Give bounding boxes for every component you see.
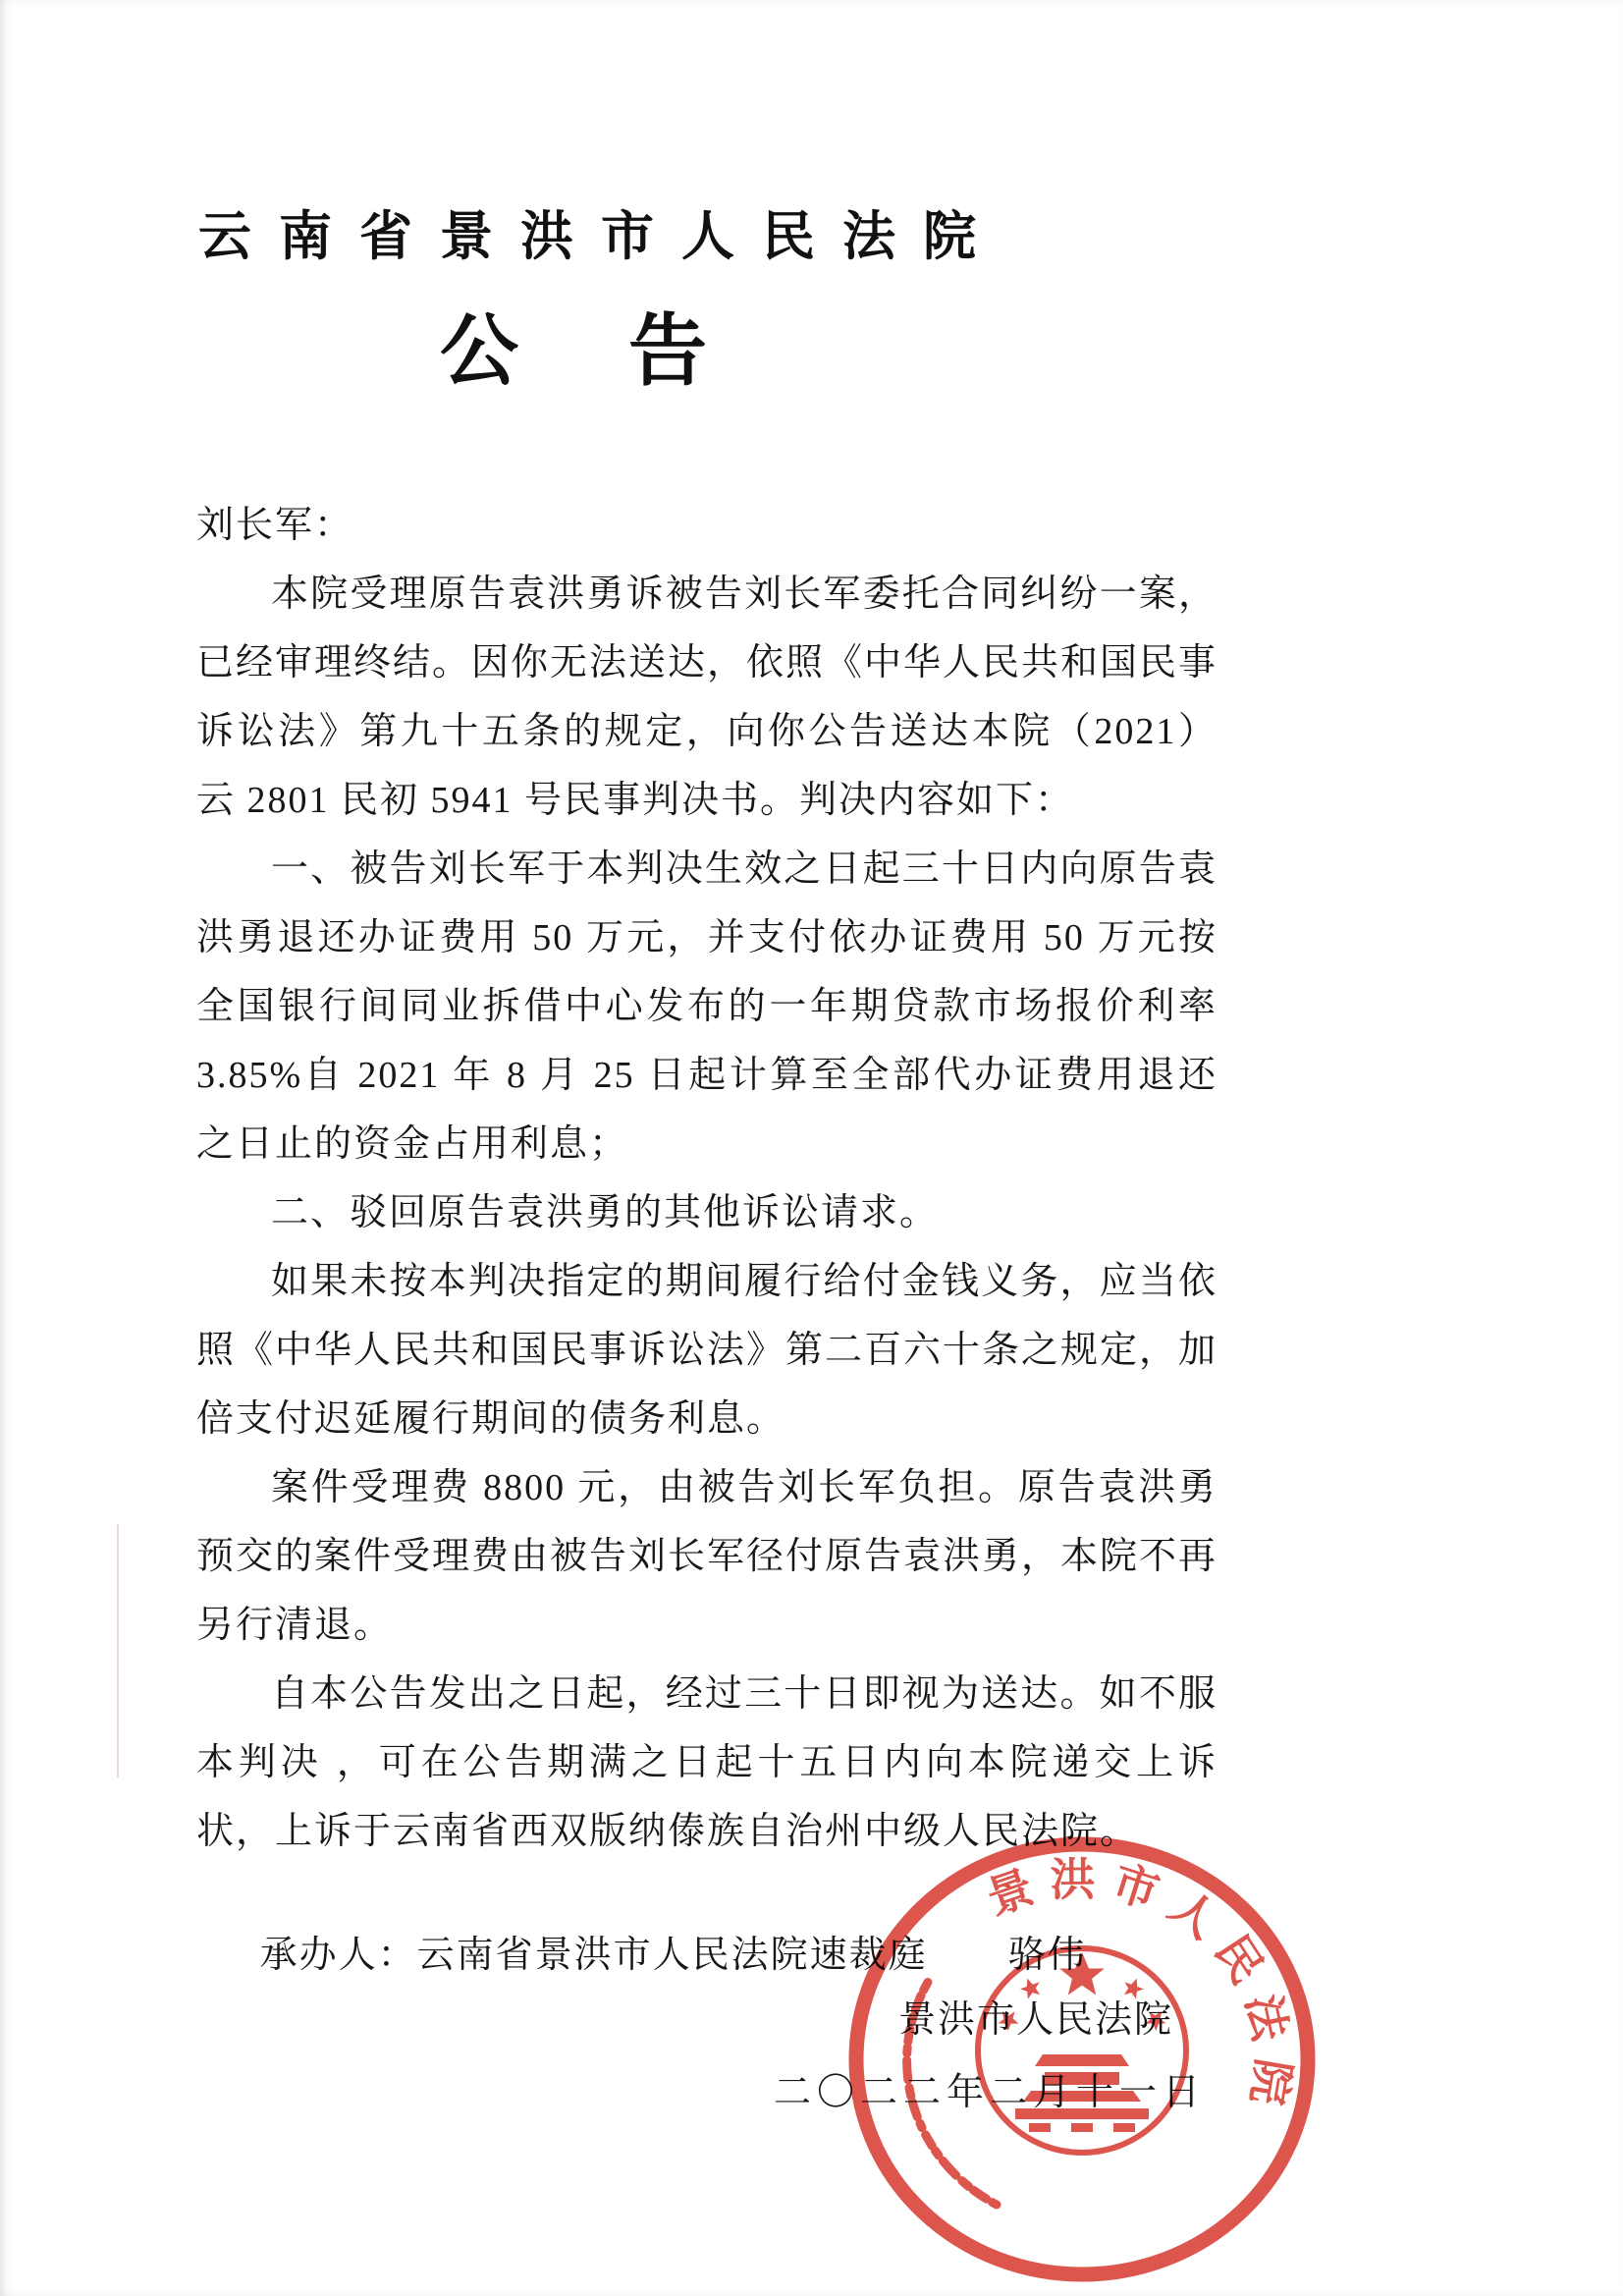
- document-content: 云南省景洪市人民法院 公 告 刘长军： 本院受理原告袁洪勇诉被告刘长军委托合同纠…: [196, 0, 1217, 2127]
- announcement-page: 云南省景洪市人民法院 公 告 刘长军： 本院受理原告袁洪勇诉被告刘长军委托合同纠…: [0, 0, 1623, 2296]
- court-title: 云南省景洪市人民法院: [90, 0, 1111, 270]
- paragraph: 一、被告刘长军于本判决生效之日起三十日内向原告袁洪勇退还办证费用 50 万元，并…: [196, 835, 1217, 1178]
- paragraph: 如果未按本判决指定的期间履行给付金钱义务，应当依照《中华人民共和国民事诉讼法》第…: [196, 1247, 1217, 1453]
- notice-body: 刘长军： 本院受理原告袁洪勇诉被告刘长军委托合同纠纷一案，已经审理终结。因你无法…: [196, 491, 1217, 1866]
- official-seal: 景洪市人民法院: [837, 1827, 1327, 2293]
- handler-label: 承办人：云南省景洪市人民法院速裁庭: [260, 1935, 928, 1976]
- paragraph: 本院受理原告袁洪勇诉被告刘长军委托合同纠纷一案，已经审理终结。因你无法送达，依照…: [196, 560, 1217, 835]
- addressee-line: 刘长军：: [196, 491, 1217, 560]
- scan-artifact-line: [117, 1524, 119, 1777]
- notice-title: 公 告: [71, 288, 1092, 401]
- paragraph: 二、驳回原告袁洪勇的其他诉讼请求。: [196, 1178, 1217, 1247]
- national-emblem-icon: [978, 1948, 1186, 2153]
- paragraph: 案件受理费 8800 元，由被告刘长军负担。原告袁洪勇预交的案件受理费由被告刘长…: [196, 1453, 1217, 1660]
